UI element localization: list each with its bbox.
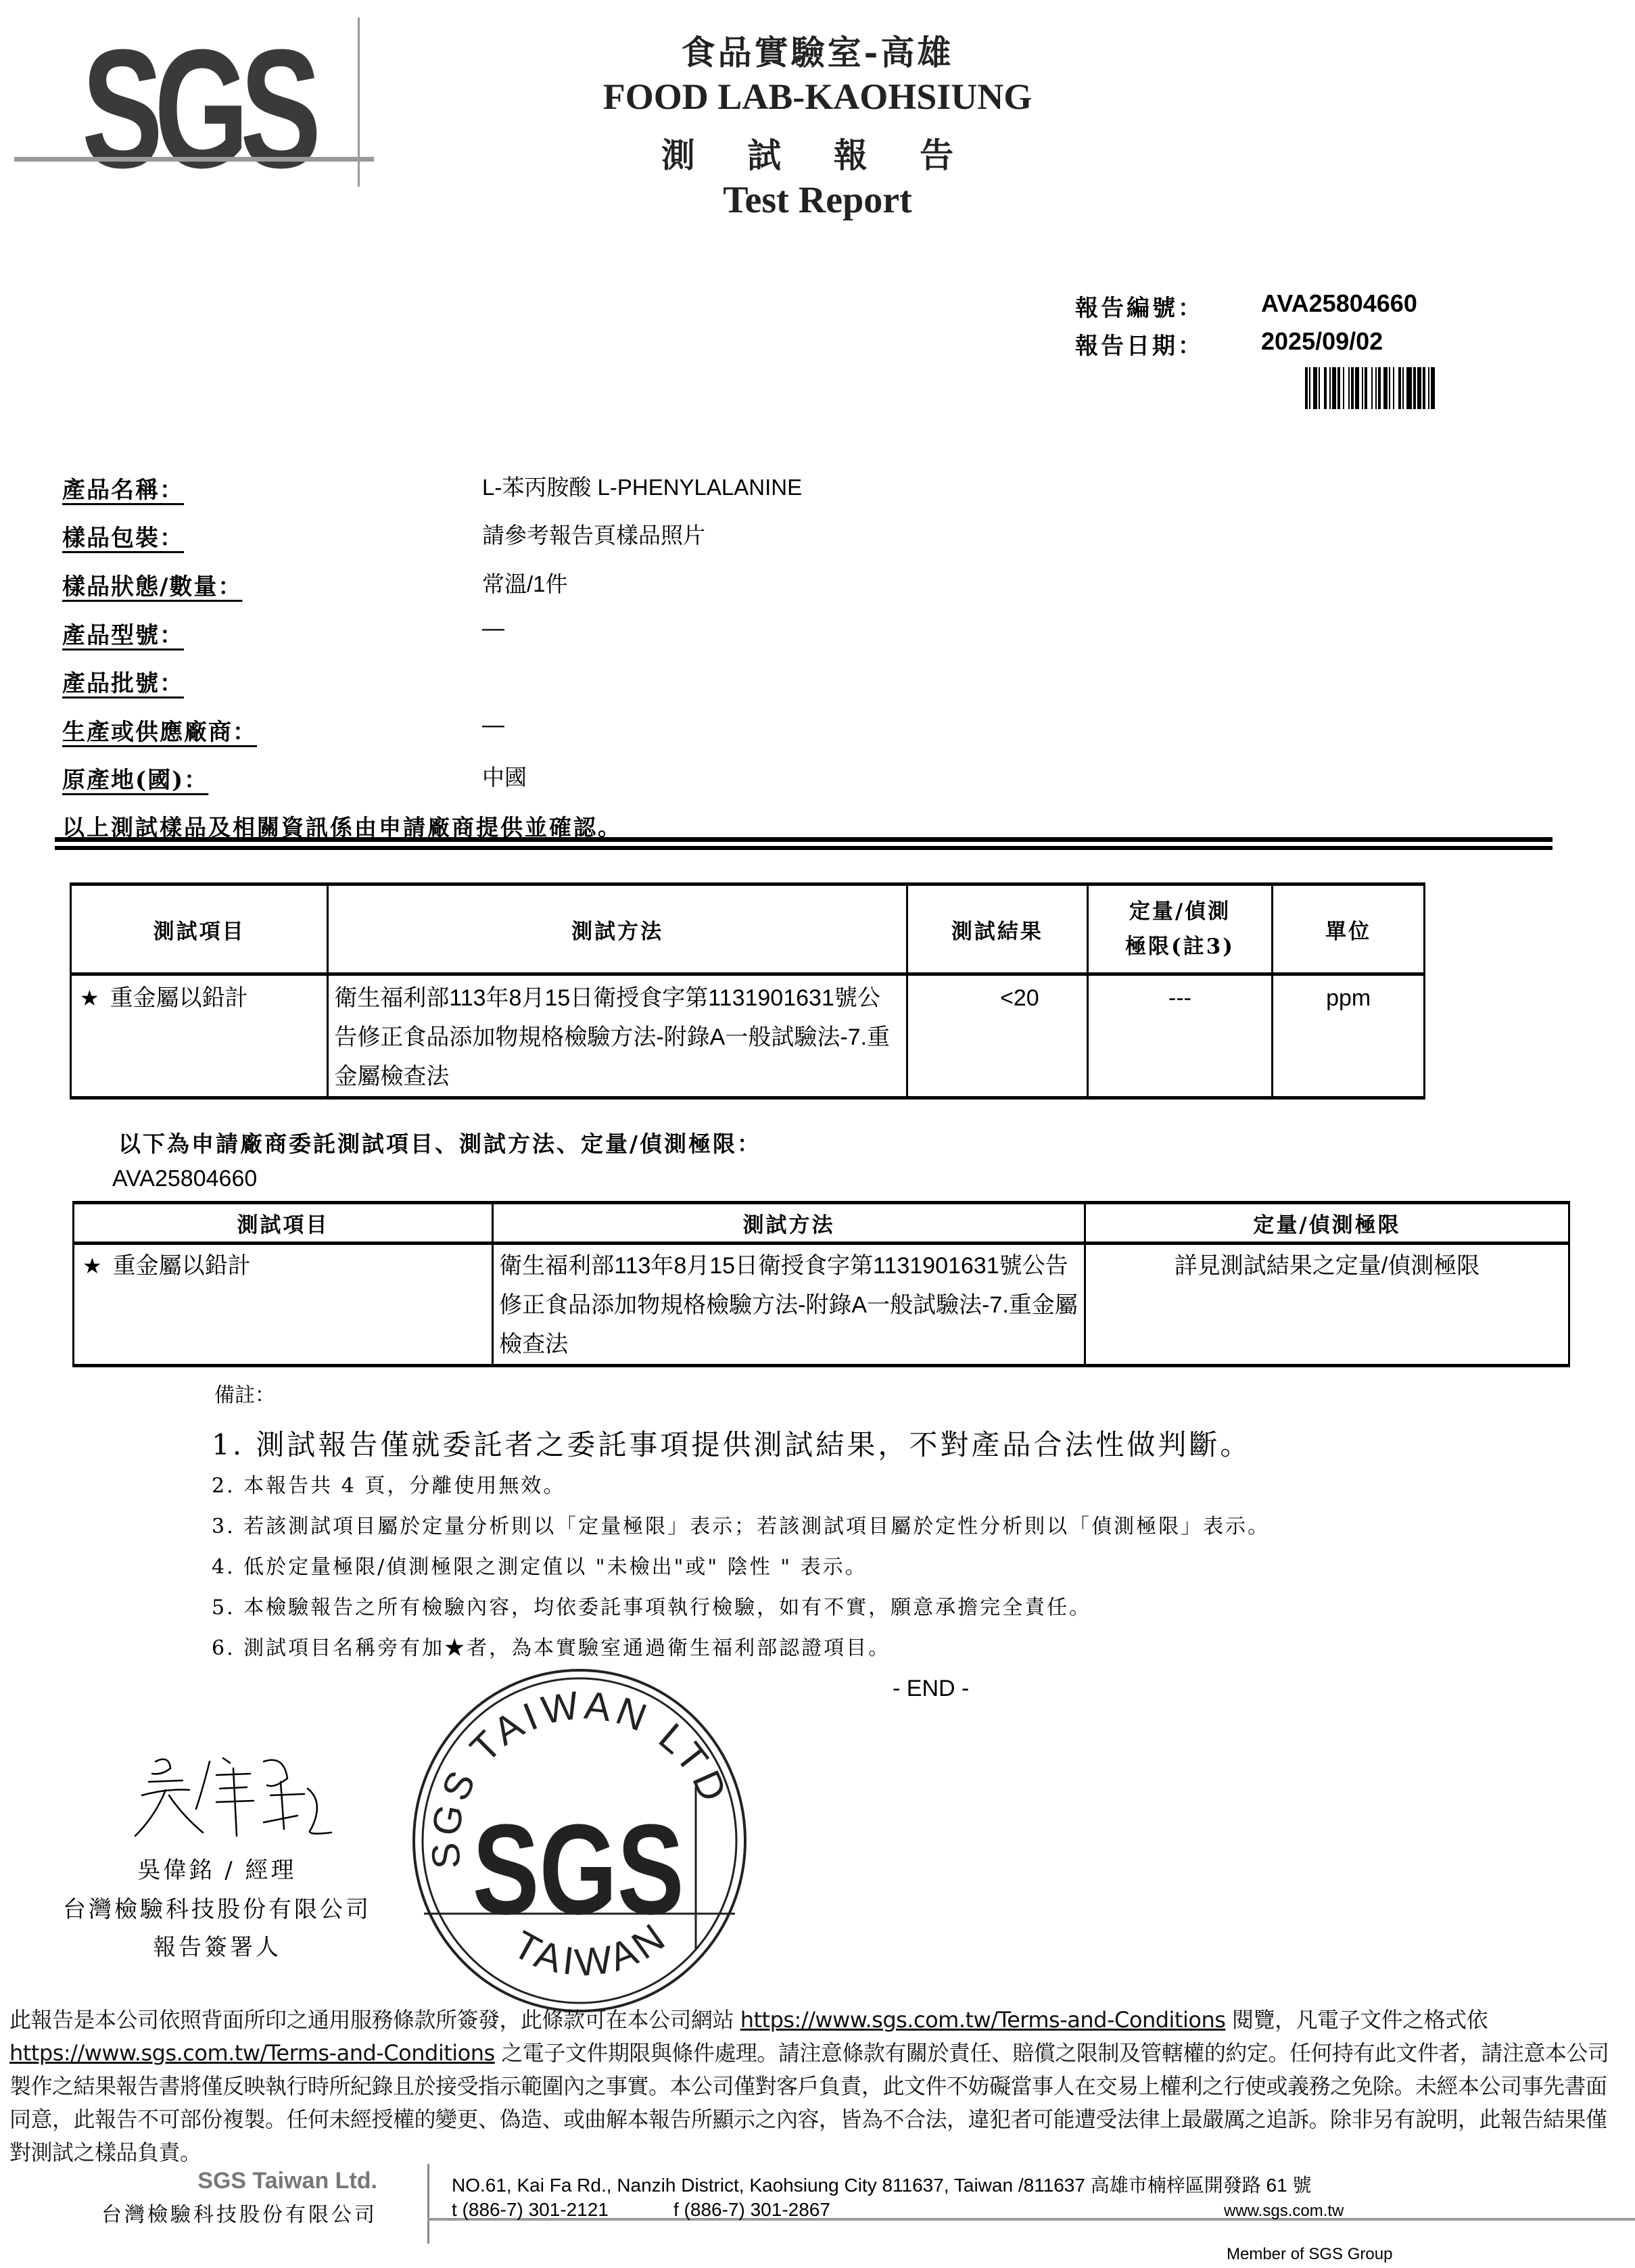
signatory-name-title: 吳偉銘 / 經理 [0,1851,434,1885]
note-item: 6. 測試項目名稱旁有加★者，為本實驗室通過衛生福利部認證項目。 [212,1631,891,1661]
field-value: — [482,712,504,738]
report-number-value: AVA25804660 [1261,289,1417,318]
footer-vertical-rule [427,2164,429,2244]
header-limit: 定量/偵測極限 [1085,1203,1569,1244]
commissioned-table: 測試項目 測試方法 定量/偵測極限 ★重金屬以鉛計 衛生福利部113年8月15日… [72,1201,1570,1367]
divider-rule-top [55,837,1553,842]
signature-image [128,1748,338,1843]
header-unit: 單位 [1273,884,1425,974]
signatory-role: 報告簽署人 [0,1929,434,1962]
field-value: — [482,615,504,641]
star-icon: ★ [80,986,99,1010]
note-item: 4. 低於定量極限/偵測極限之測定值以 "未檢出"或" 陰性 " 表示。 [212,1550,868,1580]
barcode-icon [1305,367,1532,409]
field-label: 原產地(國)： [62,761,208,795]
results-table: 測試項目 測試方法 測試結果 定量/偵測 極限(註3) 單位 ★重金屬以鉛計 衛… [70,882,1425,1100]
header-test-item: 測試項目 [71,884,328,974]
field-value: L-苯丙胺酸 L-PHENYLALANINE [482,470,802,502]
cell-limit: 詳見測試結果之定量/偵測極限 [1085,1244,1569,1366]
footer-fax: f (886-7) 301-2867 [673,2199,830,2221]
report-date-label: 報告日期： [1075,327,1204,360]
doc-type-zh: 測 試 報 告 [0,128,1635,177]
footer-member-text: Member of SGS Group [1227,2245,1392,2264]
field-value: 常溫/1件 [482,567,568,598]
field-label: 生產或供應廠商： [62,713,257,747]
header-test-method: 測試方法 [328,884,907,974]
disclaimer-part1: 此報告是本公司依照背面所印之通用服務條款所簽發，此條款可在本公司網站 [9,2007,740,2033]
report-date-value: 2025/09/02 [1261,327,1383,356]
field-value: 中國 [482,760,527,792]
header-limit-line2: 極限(註3) [1089,929,1272,964]
header-limit: 定量/偵測 極限(註3) [1087,884,1273,974]
footer-company-zh: 台灣檢驗科技股份有限公司 [68,2198,377,2227]
header-test-result: 測試結果 [907,884,1088,974]
field-label: 樣品狀態/數量： [62,568,242,601]
notes-heading: 備註： [214,1378,275,1408]
terms-link-2[interactable]: https://www.sgs.com.tw/Terms-and-Conditi… [9,2040,495,2066]
table-row: ★重金屬以鉛計 衛生福利部113年8月15日衛授食字第1131901631號公告… [71,974,1425,1098]
disclaimer-text: 此報告是本公司依照背面所印之通用服務條款所簽發，此條款可在本公司網站 https… [9,2004,1626,2169]
divider-rule-bottom [55,846,1553,850]
cell-test-item: ★重金屬以鉛計 [74,1244,493,1366]
disclaimer-part2: 閱覽，凡電子文件之格式依 [1225,2007,1488,2033]
cell-test-result: <20 [907,974,1088,1098]
lab-name-en: FOOD LAB-KAOHSIUNG [0,76,1635,118]
note-item: 1. 測試報告僅就委託者之委託事項提供測試結果，不對產品合法性做判斷。 [212,1423,1251,1463]
signatory-company: 台灣檢驗科技股份有限公司 [0,1891,434,1924]
field-label: 樣品包裝： [62,519,184,552]
terms-link[interactable]: https://www.sgs.com.tw/Terms-and-Conditi… [740,2007,1226,2033]
commissioned-report-number: AVA25804660 [112,1166,257,1192]
footer-website-link[interactable]: www.sgs.com.tw [1224,2202,1344,2221]
cell-limit: --- [1087,974,1273,1098]
star-icon: ★ [82,1254,102,1278]
table-row: ★重金屬以鉛計 衛生福利部113年8月15日衛授食字第1131901631號公告… [74,1244,1569,1366]
header-test-item: 測試項目 [74,1203,493,1244]
note-item: 2. 本報告共 4 頁，分離使用無效。 [212,1469,565,1498]
footer-address: NO.61, Kai Fa Rd., Nanzih District, Kaoh… [452,2171,1311,2198]
field-label: 產品型號： [62,617,184,650]
commissioned-title: 以下為申請廠商委託測試項目、測試方法、定量/偵測極限： [118,1127,761,1158]
header-limit-line1: 定量/偵測 [1089,894,1272,929]
footer-telephone: t (886-7) 301-2121 [452,2199,609,2221]
field-label: 產品名稱： [62,471,184,504]
doc-type-en: Test Report [0,179,1635,222]
cell-test-item: ★重金屬以鉛計 [71,974,328,1098]
header-test-method: 測試方法 [493,1203,1085,1244]
field-label: 產品批號： [62,665,184,698]
stamp-center-text: SGS [473,1798,684,1941]
company-seal-stamp: SGS TAIWAN LTD TAIWAN SGS [404,1665,755,2016]
report-number-label: 報告編號： [1075,289,1204,323]
test-item-name: 重金屬以鉛計 [113,1253,251,1279]
cell-test-method: 衛生福利部113年8月15日衛授食字第1131901631號公告修正食品添加物規… [493,1244,1085,1366]
lab-name-zh: 食品實驗室-高雄 [0,26,1635,74]
field-value: 請參考報告頁樣品照片 [482,518,705,550]
footer-company-en: SGS Taiwan Ltd. [68,2168,377,2194]
note-item: 5. 本檢驗報告之所有檢驗內容，均依委託事項執行檢驗，如有不實，願意承擔完全責任… [212,1590,1091,1620]
cell-test-method: 衛生福利部113年8月15日衛授食字第1131901631號公告修正食品添加物規… [328,974,907,1098]
cell-unit: ppm [1273,974,1425,1098]
note-item: 3. 若該測試項目屬於定量分析則以「定量極限」表示；若該測試項目屬於定性分析則以… [212,1509,1270,1539]
test-item-name: 重金屬以鉛計 [110,985,248,1011]
end-marker: - END - [893,1676,969,1702]
